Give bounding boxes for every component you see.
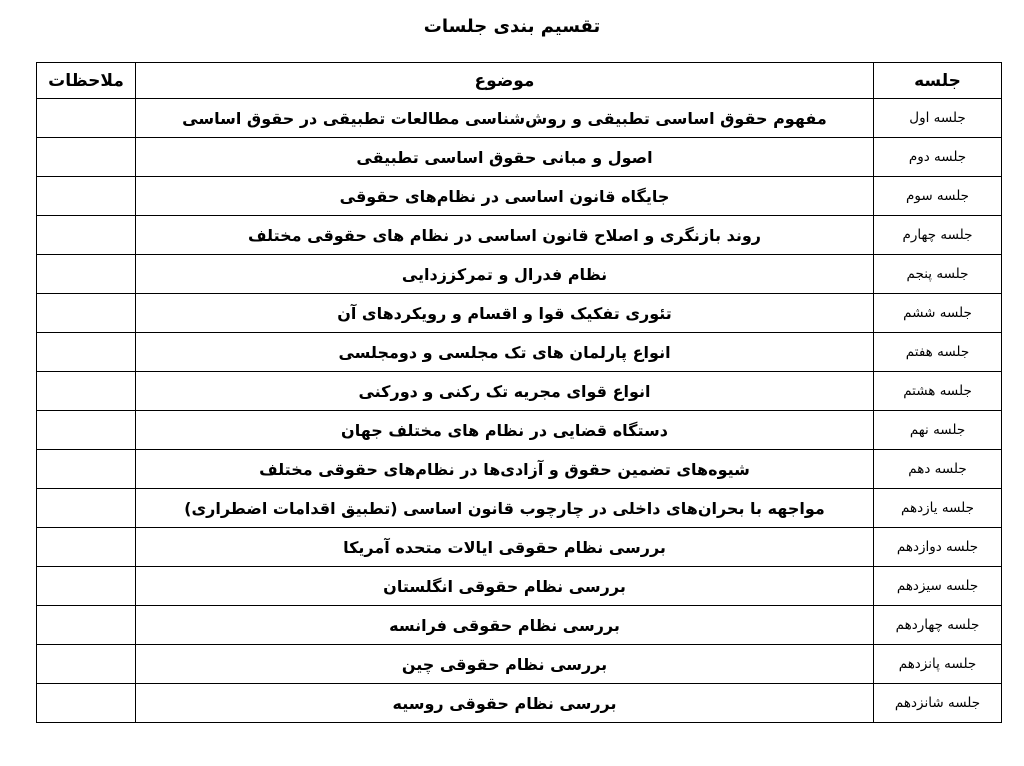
session-row: جلسه چهاردهمبررسی نظام حقوقی فرانسه bbox=[37, 606, 1002, 645]
session-row: جلسه پانزدهمبررسی نظام حقوقی چین bbox=[37, 645, 1002, 684]
cell-topic: انواع قوای مجریه تک رکنی و دورکنی bbox=[136, 372, 874, 411]
cell-notes bbox=[37, 684, 136, 723]
cell-notes bbox=[37, 372, 136, 411]
cell-notes bbox=[37, 138, 136, 177]
cell-topic: بررسی نظام حقوقی روسیه bbox=[136, 684, 874, 723]
cell-notes bbox=[37, 450, 136, 489]
cell-topic: جایگاه قانون اساسی در نظام‌های حقوقی bbox=[136, 177, 874, 216]
session-row: جلسه شانزدهمبررسی نظام حقوقی روسیه bbox=[37, 684, 1002, 723]
cell-session: جلسه پنجم bbox=[874, 255, 1002, 294]
cell-notes bbox=[37, 333, 136, 372]
cell-topic: تئوری تفکیک قوا و اقسام و رویکردهای آن bbox=[136, 294, 874, 333]
sessions-table: جلسه موضوع ملاحظات جلسه اولمفهوم حقوق اس… bbox=[36, 62, 1002, 723]
cell-notes bbox=[37, 528, 136, 567]
cell-topic: شیوه‌های تضمین حقوق و آزادی‌ها در نظام‌ه… bbox=[136, 450, 874, 489]
cell-topic: بررسی نظام حقوقی فرانسه bbox=[136, 606, 874, 645]
session-row: جلسه پنجمنظام فدرال و تمرکززدایی bbox=[37, 255, 1002, 294]
session-row: جلسه دهمشیوه‌های تضمین حقوق و آزادی‌ها د… bbox=[37, 450, 1002, 489]
session-row: جلسه یازدهممواجهه با بحران‌های داخلی در … bbox=[37, 489, 1002, 528]
column-header-topic: موضوع bbox=[136, 63, 874, 99]
cell-notes bbox=[37, 606, 136, 645]
session-row: جلسه هشتمانواع قوای مجریه تک رکنی و دورک… bbox=[37, 372, 1002, 411]
cell-notes bbox=[37, 645, 136, 684]
session-row: جلسه سومجایگاه قانون اساسی در نظام‌های ح… bbox=[37, 177, 1002, 216]
cell-notes bbox=[37, 216, 136, 255]
cell-topic: مواجهه با بحران‌های داخلی در چارچوب قانو… bbox=[136, 489, 874, 528]
cell-session: جلسه چهارم bbox=[874, 216, 1002, 255]
column-header-notes: ملاحظات bbox=[37, 63, 136, 99]
session-row: جلسه چهارمروند بازنگری و اصلاح قانون اسا… bbox=[37, 216, 1002, 255]
sessions-table-header: جلسه موضوع ملاحظات bbox=[37, 63, 1002, 99]
cell-topic: انواع پارلمان های تک مجلسی و دومجلسی bbox=[136, 333, 874, 372]
cell-notes bbox=[37, 177, 136, 216]
sessions-table-body: جلسه اولمفهوم حقوق اساسی تطبیقی و روش‌شن… bbox=[37, 99, 1002, 723]
cell-session: جلسه سیزدهم bbox=[874, 567, 1002, 606]
cell-session: جلسه نهم bbox=[874, 411, 1002, 450]
cell-topic: بررسی نظام حقوقی چین bbox=[136, 645, 874, 684]
cell-session: جلسه سوم bbox=[874, 177, 1002, 216]
cell-notes bbox=[37, 567, 136, 606]
cell-topic: روند بازنگری و اصلاح قانون اساسی در نظام… bbox=[136, 216, 874, 255]
cell-topic: دستگاه قضایی در نظام های مختلف جهان bbox=[136, 411, 874, 450]
cell-session: جلسه ششم bbox=[874, 294, 1002, 333]
session-row: جلسه نهمدستگاه قضایی در نظام های مختلف ج… bbox=[37, 411, 1002, 450]
session-row: جلسه دوماصول و مبانی حقوق اساسی تطبیقی bbox=[37, 138, 1002, 177]
session-row: جلسه سیزدهمبررسی نظام حقوقی انگلستان bbox=[37, 567, 1002, 606]
cell-topic: بررسی نظام حقوقی ایالات متحده آمریکا bbox=[136, 528, 874, 567]
cell-session: جلسه دوازدهم bbox=[874, 528, 1002, 567]
cell-session: جلسه دهم bbox=[874, 450, 1002, 489]
cell-topic: مفهوم حقوق اساسی تطبیقی و روش‌شناسی مطال… bbox=[136, 99, 874, 138]
session-row: جلسه اولمفهوم حقوق اساسی تطبیقی و روش‌شن… bbox=[37, 99, 1002, 138]
session-row: جلسه دوازدهمبررسی نظام حقوقی ایالات متحد… bbox=[37, 528, 1002, 567]
document-page: تقسیم بندی جلسات جلسه موضوع ملاحظات جلسه… bbox=[0, 0, 1024, 766]
cell-session: جلسه شانزدهم bbox=[874, 684, 1002, 723]
cell-topic: نظام فدرال و تمرکززدایی bbox=[136, 255, 874, 294]
cell-session: جلسه دوم bbox=[874, 138, 1002, 177]
header-row: جلسه موضوع ملاحظات bbox=[37, 63, 1002, 99]
cell-notes bbox=[37, 99, 136, 138]
cell-topic: اصول و مبانی حقوق اساسی تطبیقی bbox=[136, 138, 874, 177]
cell-notes bbox=[37, 255, 136, 294]
page-title: تقسیم بندی جلسات bbox=[0, 0, 1024, 37]
session-row: جلسه ششمتئوری تفکیک قوا و اقسام و رویکرد… bbox=[37, 294, 1002, 333]
cell-session: جلسه هشتم bbox=[874, 372, 1002, 411]
cell-session: جلسه چهاردهم bbox=[874, 606, 1002, 645]
column-header-session: جلسه bbox=[874, 63, 1002, 99]
session-row: جلسه هفتمانواع پارلمان های تک مجلسی و دو… bbox=[37, 333, 1002, 372]
cell-session: جلسه یازدهم bbox=[874, 489, 1002, 528]
cell-notes bbox=[37, 489, 136, 528]
cell-session: جلسه پانزدهم bbox=[874, 645, 1002, 684]
cell-session: جلسه اول bbox=[874, 99, 1002, 138]
cell-notes bbox=[37, 294, 136, 333]
cell-session: جلسه هفتم bbox=[874, 333, 1002, 372]
cell-notes bbox=[37, 411, 136, 450]
cell-topic: بررسی نظام حقوقی انگلستان bbox=[136, 567, 874, 606]
